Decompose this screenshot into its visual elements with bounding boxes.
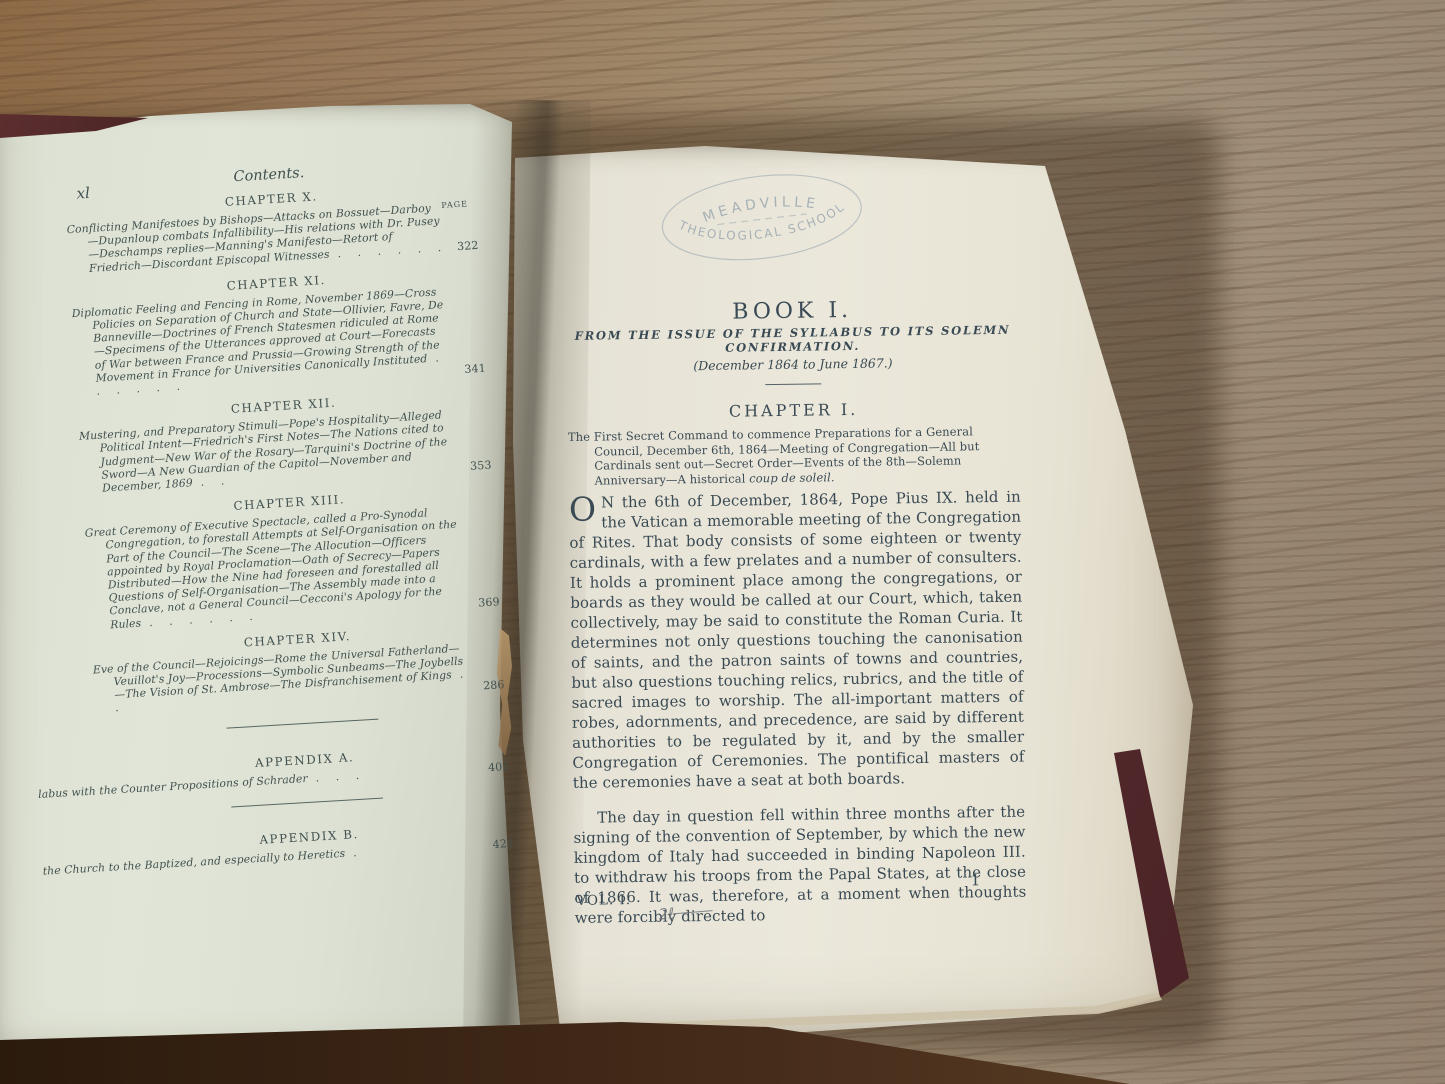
contents-entry-chapter-10: CHAPTER X. Conflicting Manifestoes by Bi… [65,181,480,276]
left-page-content: xl Contents. PAGE CHAPTER X. Conflicting… [52,124,527,888]
photo-open-book-on-table: xl Contents. PAGE CHAPTER X. Conflicting… [0,0,1445,1084]
body-paragraph-2: The day in question fell within three mo… [573,802,1027,928]
drop-cap: O [569,492,602,524]
pencil-dash-stroke [672,910,712,914]
chapter-title: CHAPTER I. [567,399,1019,423]
page-number: 369 [498,595,500,608]
library-stamp: MEADVILLE THEOLOGICAL SCHOOL [650,158,875,278]
contents-entry-chapter-12: CHAPTER XII. Mustering, and Preparatory … [78,388,494,496]
contents-list: CHAPTER X. Conflicting Manifestoes by Bi… [65,181,516,874]
chapter-synopsis: The First Secret Command to commence Pre… [568,424,1021,488]
right-page-content: MEADVILLE THEOLOGICAL SCHOOL BOOK I. FRO… [562,148,1044,1034]
leader-dots: . [353,846,357,859]
leader-dots: . . [200,474,224,488]
page-number: 286 [503,679,505,692]
short-divider-rule [765,383,821,385]
contents-entry-chapter-13: CHAPTER XIII. Great Ceremony of Executiv… [83,485,502,633]
right-page-text-column: BOOK I. FROM THE ISSUE OF THE SYLLABUS T… [566,297,1027,943]
synopsis-italic-phrase: coup de soleil. [749,470,835,485]
section-divider-rule [231,797,383,807]
chapter-11-summary: Diplomatic Feeling and Fencing in Rome, … [71,283,488,400]
summary-text: Great Ceremony of Executive Spectacle, c… [84,507,457,631]
paragraph-text: N the 6th of December, 1864, Pope Pius I… [569,488,1024,792]
page-number-1: 1 [970,871,980,889]
page-number: 401 [508,760,510,773]
page-number: 353 [490,459,492,472]
book-title: BOOK I. [566,297,1018,327]
contents-entry-appendix-a: APPENDIX A. labus with the Counter Propo… [99,742,512,798]
page-number: 322 [477,239,479,252]
body-paragraph-1: ON the 6th of December, 1864, Pope Pius … [569,487,1025,793]
contents-entry-appendix-b: APPENDIX B. the Church to the Baptized, … [103,819,516,875]
summary-text: Diplomatic Feeling and Fencing in Rome, … [71,285,443,384]
section-divider-rule [227,718,379,728]
date-range: (December 1864 to June 1867.) [567,355,1019,375]
chapter-13-summary: Great Ceremony of Executive Spectacle, c… [84,503,502,633]
page-number: 341 [484,362,486,375]
page-number: 421 [512,837,514,850]
contents-entry-chapter-11: CHAPTER XI. Diplomatic Feeling and Fenci… [70,265,488,400]
volume-label: VOL. I. [576,892,631,909]
leader-dots: . . . [315,769,359,785]
contents-entry-chapter-14: CHAPTER XIV. Eve of the Council—Rejoicin… [91,621,506,716]
